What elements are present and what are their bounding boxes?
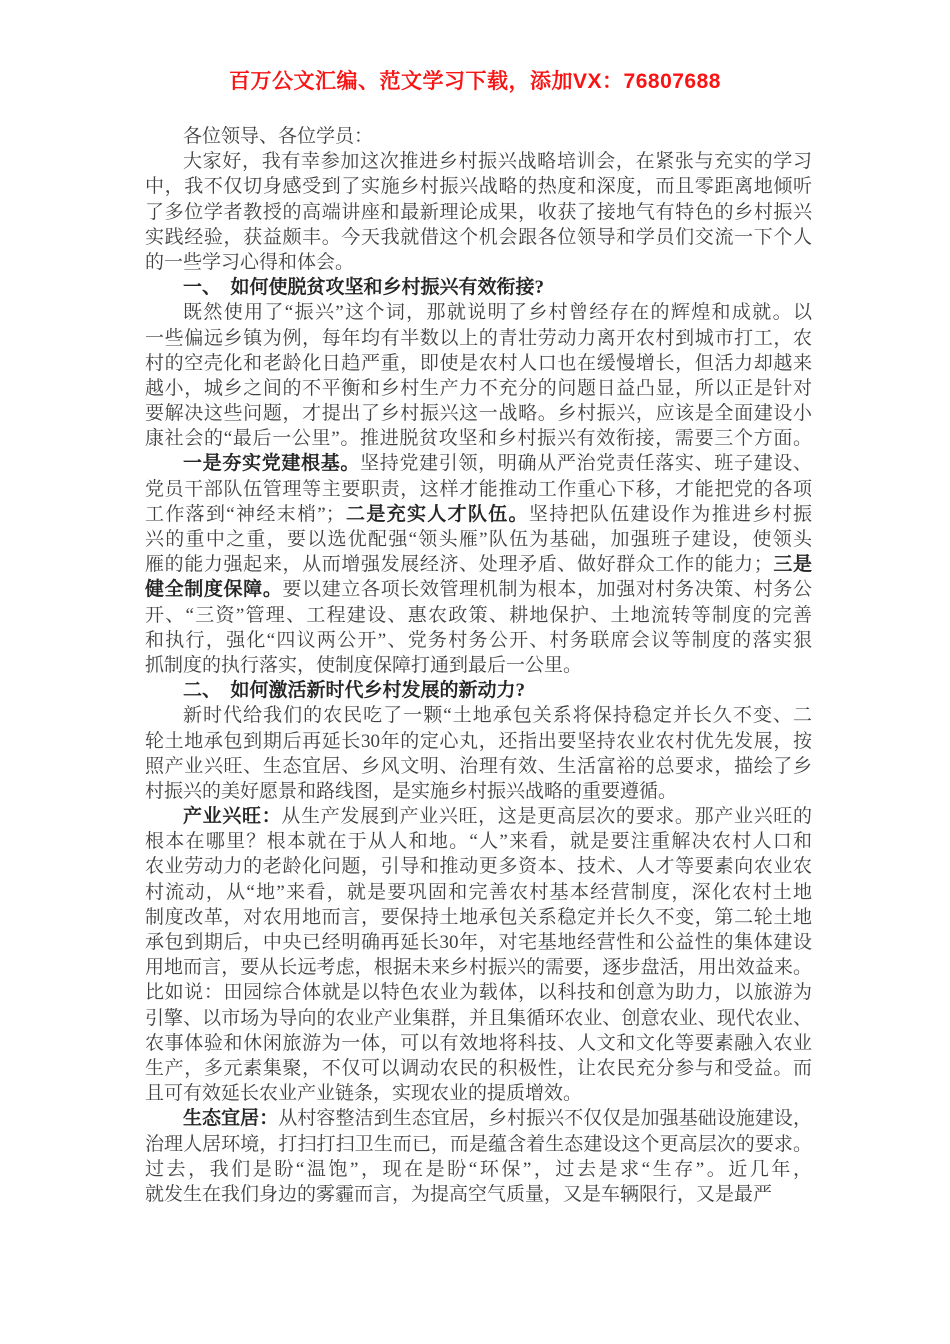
bold-text-segment: 三是 bbox=[773, 554, 812, 575]
text-segment: 从生产发展到产业兴旺，这是更高层次的要求。那产业兴旺的 bbox=[281, 806, 812, 827]
bold-text-segment: 健全制度保障。 bbox=[145, 579, 282, 600]
text-line: 治理人居环境，打扫打扫卫生而已，而是蕴含着生态建设这个更高层次的要求。 bbox=[145, 1132, 812, 1157]
text-line: 引擎、以市场为导向的农业产业集群，并且集循环农业、创意农业、现代农业、 bbox=[145, 1006, 812, 1031]
text-line: 实践经验，获益颇丰。今天我就借这个机会跟各位领导和学员们交流一下个人 bbox=[145, 225, 812, 250]
text-line: 抓制度的执行落实，使制度保障打通到最后一公里。 bbox=[145, 653, 812, 678]
text-segment: 且可有效延长农业产业链条，实现农业的提质增效。 bbox=[145, 1083, 582, 1104]
text-line: 中，我不仅切身感受到了实施乡村振兴战略的热度和深度，而且零距离地倾听 bbox=[145, 174, 812, 199]
text-line: 了多位学者教授的高端讲座和最新理论成果，收获了接地气有特色的乡村振兴 bbox=[145, 200, 812, 225]
bold-text-segment: 产业兴旺： bbox=[183, 806, 281, 827]
text-segment: 从村容整洁到生态宜居，乡村振兴不仅仅是加强基础设施建设， bbox=[278, 1108, 812, 1129]
bold-text-segment: 二是充实人才队伍。 bbox=[345, 504, 529, 525]
text-segment: 坚持党建引领，明确从严治党责任落实、班子建设、 bbox=[360, 453, 812, 474]
text-segment: 村的空壳化和老龄化日趋严重，即使是农村人口也在缓慢增长，但活力却越来 bbox=[145, 353, 812, 374]
text-segment: 一些偏远乡镇为例，每年均有半数以上的青壮劳动力离开农村到城市打工，农 bbox=[145, 328, 812, 349]
text-line: 一、 如何使脱贫攻坚和乡村振兴有效衔接? bbox=[145, 275, 812, 300]
text-segment: 比如说：田园综合体就是以特色农业为载体，以科技和创意为助力，以旅游为 bbox=[145, 982, 812, 1003]
text-line: 一是夯实党建根基。坚持党建引领，明确从严治党责任落实、班子建设、 bbox=[145, 451, 812, 476]
text-segment: 要以建立各项长效管理机制为根本，加强对村务决策、村务公 bbox=[282, 579, 812, 600]
bold-text-segment: 一、 如何使脱贫攻坚和乡村振兴有效衔接? bbox=[183, 277, 544, 298]
text-line: 承包到期后，中央已经明确再延长30年，对宅基地经营性和公益性的集体建设 bbox=[145, 930, 812, 955]
document-body: 各位领导、各位学员：大家好，我有幸参加这次推进乡村振兴战略培训会，在紧张与充实的… bbox=[145, 124, 812, 1207]
text-segment: 照产业兴旺、生态宜居、乡风文明、治理有效、生活富裕的总要求，描绘了乡 bbox=[145, 756, 812, 777]
text-line: 健全制度保障。要以建立各项长效管理机制为根本，加强对村务决策、村务公 bbox=[145, 577, 812, 602]
text-line: 比如说：田园综合体就是以特色农业为载体，以科技和创意为助力，以旅游为 bbox=[145, 980, 812, 1005]
text-line: 产业兴旺：从生产发展到产业兴旺，这是更高层次的要求。那产业兴旺的 bbox=[145, 804, 812, 829]
text-line: 工作落到“神经末梢”；二是充实人才队伍。坚持把队伍建设作为推进乡村振 bbox=[145, 502, 812, 527]
text-segment: 工作落到“神经末梢”； bbox=[145, 504, 345, 525]
text-segment: 过去，我们是盼“温饱”，现在是盼“环保”，过去是求“生存”。近几年， bbox=[145, 1159, 812, 1180]
text-segment: 的一些学习心得和体会。 bbox=[145, 252, 354, 273]
text-line: 兴的重中之重，要以选优配强“领头雁”队伍为基础，加强班子建设，使领头 bbox=[145, 527, 812, 552]
text-line: 生态宜居：从村容整洁到生态宜居，乡村振兴不仅仅是加强基础设施建设， bbox=[145, 1106, 812, 1131]
text-line: 既然使用了“振兴”这个词，那就说明了乡村曾经存在的辉煌和成就。以 bbox=[145, 300, 812, 325]
promo-banner: 百万公文汇编、范文学习下载，添加VX：76807688 bbox=[0, 69, 950, 95]
text-line: 要解决这些问题，才提出了乡村振兴这一战略。乡村振兴，应该是全面建设小 bbox=[145, 401, 812, 426]
bold-text-segment: 生态宜居： bbox=[183, 1108, 278, 1129]
text-segment: 兴的重中之重，要以选优配强“领头雁”队伍为基础，加强班子建设，使领头 bbox=[145, 529, 812, 550]
text-segment: 根本在哪里？根本就在于从人和地。“人”来看，就是要注重解决农村人口和 bbox=[145, 831, 812, 852]
document-page: 百万公文汇编、范文学习下载，添加VX：76807688 各位领导、各位学员：大家… bbox=[0, 0, 950, 1344]
text-segment: 开、“三资”管理、工程建设、惠农政策、耕地保护、土地流转等制度的完善 bbox=[145, 605, 812, 626]
text-line: 农事体验和休闲旅游为一体，可以有效地将科技、人文和文化等要素融入农业 bbox=[145, 1031, 812, 1056]
text-segment: 雁的能力强起来，从而增强发展经济、处理矛盾、做好群众工作的能力； bbox=[145, 554, 773, 575]
text-segment: 村流动，从“地”来看，就是要巩固和完善农村基本经营制度，深化农村土地 bbox=[145, 882, 812, 903]
text-line: 村的空壳化和老龄化日趋严重，即使是农村人口也在缓慢增长，但活力却越来 bbox=[145, 351, 812, 376]
text-line: 和执行，强化“四议两公开”、党务村务公开、村务联席会议等制度的落实狠 bbox=[145, 628, 812, 653]
text-line: 开、“三资”管理、工程建设、惠农政策、耕地保护、土地流转等制度的完善 bbox=[145, 603, 812, 628]
text-segment: 大家好，我有幸参加这次推进乡村振兴战略培训会，在紧张与充实的学习 bbox=[183, 151, 812, 172]
text-line: 村振兴的美好愿景和路线图，是实施乡村振兴战略的重要遵循。 bbox=[145, 779, 812, 804]
text-line: 各位领导、各位学员： bbox=[145, 124, 812, 149]
text-segment: 制度改革，对农用地而言，要保持土地承包关系稳定并长久不变，第二轮土地 bbox=[145, 907, 812, 928]
text-line: 二、 如何激活新时代乡村发展的新动力? bbox=[145, 678, 812, 703]
text-line: 农业劳动力的老龄化问题，引导和推动更多资本、技术、人才等要素向农业农 bbox=[145, 854, 812, 879]
text-segment: 中，我不仅切身感受到了实施乡村振兴战略的热度和深度，而且零距离地倾听 bbox=[145, 176, 812, 197]
text-segment: 轮土地承包到期后再延长30年的定心丸，还指出要坚持农业农村优先发展，按 bbox=[145, 731, 812, 752]
text-line: 用地而言，要从长远考虑，根据未来乡村振兴的需要，逐步盘活，用出效益来。 bbox=[145, 955, 812, 980]
text-segment: 承包到期后，中央已经明确再延长30年，对宅基地经营性和公益性的集体建设 bbox=[145, 932, 812, 953]
text-line: 的一些学习心得和体会。 bbox=[145, 250, 812, 275]
text-segment: 越小，城乡之间的不平衡和乡村生产力不充分的问题日益凸显，所以正是针对 bbox=[145, 378, 812, 399]
text-segment: 生产，多元素集聚，不仅可以调动农民的积极性，让农民充分参与和受益。而 bbox=[145, 1058, 812, 1079]
text-line: 大家好，我有幸参加这次推进乡村振兴战略培训会，在紧张与充实的学习 bbox=[145, 149, 812, 174]
text-line: 康社会的“最后一公里”。推进脱贫攻坚和乡村振兴有效衔接，需要三个方面。 bbox=[145, 426, 812, 451]
text-segment: 农业劳动力的老龄化问题，引导和推动更多资本、技术、人才等要素向农业农 bbox=[145, 856, 812, 877]
text-line: 党员干部队伍管理等主要职责，这样才能推动工作重心下移，才能把党的各项 bbox=[145, 477, 812, 502]
text-line: 一些偏远乡镇为例，每年均有半数以上的青壮劳动力离开农村到城市打工，农 bbox=[145, 326, 812, 351]
text-line: 生产，多元素集聚，不仅可以调动农民的积极性，让农民充分参与和受益。而 bbox=[145, 1056, 812, 1081]
text-line: 且可有效延长农业产业链条，实现农业的提质增效。 bbox=[145, 1081, 812, 1106]
text-segment: 实践经验，获益颇丰。今天我就借这个机会跟各位领导和学员们交流一下个人 bbox=[145, 227, 812, 248]
text-segment: 既然使用了“振兴”这个词，那就说明了乡村曾经存在的辉煌和成就。以 bbox=[183, 302, 812, 323]
text-segment: 村振兴的美好愿景和路线图，是实施乡村振兴战略的重要遵循。 bbox=[145, 781, 677, 802]
text-segment: 治理人居环境，打扫打扫卫生而已，而是蕴含着生态建设这个更高层次的要求。 bbox=[145, 1134, 812, 1155]
text-segment: 抓制度的执行落实，使制度保障打通到最后一公里。 bbox=[145, 655, 582, 676]
text-segment: 要解决这些问题，才提出了乡村振兴这一战略。乡村振兴，应该是全面建设小 bbox=[145, 403, 812, 424]
text-line: 照产业兴旺、生态宜居、乡风文明、治理有效、生活富裕的总要求，描绘了乡 bbox=[145, 754, 812, 779]
text-segment: 引擎、以市场为导向的农业产业集群，并且集循环农业、创意农业、现代农业、 bbox=[145, 1008, 812, 1029]
text-segment: 康社会的“最后一公里”。推进脱贫攻坚和乡村振兴有效衔接，需要三个方面。 bbox=[145, 428, 812, 449]
text-segment: 农事体验和休闲旅游为一体，可以有效地将科技、人文和文化等要素融入农业 bbox=[145, 1033, 812, 1054]
text-line: 就发生在我们身边的雾霾而言，为提高空气质量，又是车辆限行，又是最严 bbox=[145, 1182, 812, 1207]
text-segment: 坚持把队伍建设作为推进乡村振 bbox=[529, 504, 812, 525]
bold-text-segment: 二、 如何激活新时代乡村发展的新动力? bbox=[183, 680, 525, 701]
text-segment: 党员干部队伍管理等主要职责，这样才能推动工作重心下移，才能把党的各项 bbox=[145, 479, 812, 500]
text-segment: 了多位学者教授的高端讲座和最新理论成果，收获了接地气有特色的乡村振兴 bbox=[145, 202, 812, 223]
text-line: 越小，城乡之间的不平衡和乡村生产力不充分的问题日益凸显，所以正是针对 bbox=[145, 376, 812, 401]
text-segment: 用地而言，要从长远考虑，根据未来乡村振兴的需要，逐步盘活，用出效益来。 bbox=[145, 957, 812, 978]
text-segment: 新时代给我们的农民吃了一颗“土地承包关系将保持稳定并长久不变、二 bbox=[183, 705, 812, 726]
text-segment: 和执行，强化“四议两公开”、党务村务公开、村务联席会议等制度的落实狠 bbox=[145, 630, 812, 651]
text-line: 制度改革，对农用地而言，要保持土地承包关系稳定并长久不变，第二轮土地 bbox=[145, 905, 812, 930]
text-line: 新时代给我们的农民吃了一颗“土地承包关系将保持稳定并长久不变、二 bbox=[145, 703, 812, 728]
bold-text-segment: 一是夯实党建根基。 bbox=[183, 453, 360, 474]
text-segment: 各位领导、各位学员： bbox=[183, 126, 373, 147]
text-line: 村流动，从“地”来看，就是要巩固和完善农村基本经营制度，深化农村土地 bbox=[145, 880, 812, 905]
text-line: 雁的能力强起来，从而增强发展经济、处理矛盾、做好群众工作的能力；三是 bbox=[145, 552, 812, 577]
text-segment: 就发生在我们身边的雾霾而言，为提高空气质量，又是车辆限行，又是最严 bbox=[145, 1184, 772, 1205]
text-line: 根本在哪里？根本就在于从人和地。“人”来看，就是要注重解决农村人口和 bbox=[145, 829, 812, 854]
text-line: 轮土地承包到期后再延长30年的定心丸，还指出要坚持农业农村优先发展，按 bbox=[145, 729, 812, 754]
text-line: 过去，我们是盼“温饱”，现在是盼“环保”，过去是求“生存”。近几年， bbox=[145, 1157, 812, 1182]
